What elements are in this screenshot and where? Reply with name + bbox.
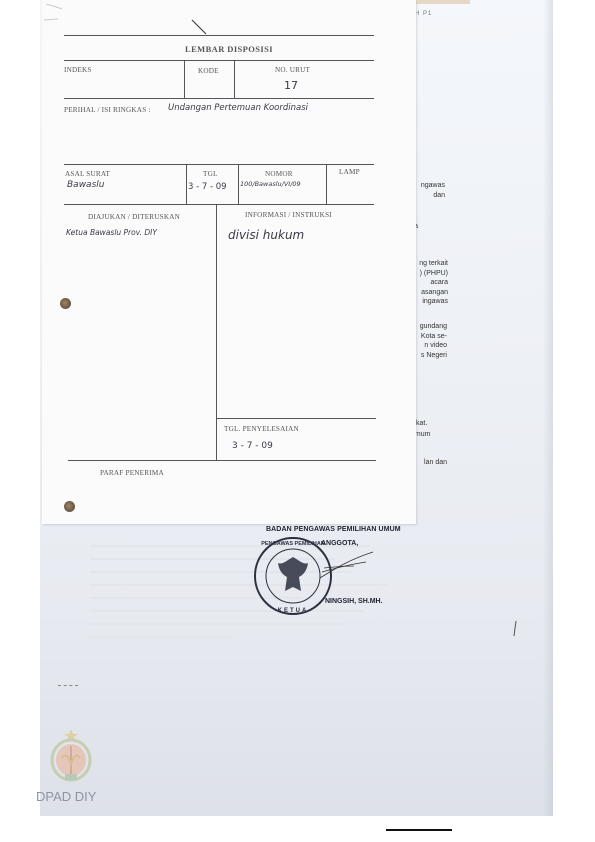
- diajukan-label: DIAJUKAN / DITERUSKAN: [88, 213, 180, 221]
- rule: [64, 35, 374, 36]
- no-urut-label: NO. URUT: [275, 66, 310, 74]
- tgl-penyelesaian-value: 3 - 7 - 09: [232, 441, 273, 451]
- svg-text:KETUA: KETUA: [278, 608, 309, 614]
- punch-hole-icon: [64, 501, 75, 512]
- pen-mark-icon: [190, 18, 210, 36]
- dashed-mark: [58, 685, 78, 686]
- rule: [64, 164, 374, 165]
- bottom-rule: [386, 829, 452, 831]
- nomor-value: 100/Bawaslu/VI/09: [240, 180, 301, 188]
- rule: [326, 164, 327, 204]
- rule: [64, 60, 374, 61]
- signature-agency: BADAN PENGAWAS PEMILIHAN UMUM: [266, 526, 401, 533]
- diajukan-value: Ketua Bawaslu Prov. DIY: [66, 228, 157, 237]
- watermark-text: DPAD DIY: [36, 789, 96, 804]
- nomor-label: NOMOR: [265, 170, 293, 178]
- asal-surat-label: ASAL SURAT: [65, 170, 110, 178]
- disposition-slip: LEMBAR DISPOSISI INDEKS KODE NO. URUT 17…: [42, 0, 416, 524]
- rule: [184, 60, 185, 98]
- rule: [234, 60, 235, 98]
- tgl-penyelesaian-label: TGL. PENYELESAIAN: [224, 425, 299, 433]
- rule: [238, 164, 239, 204]
- tgl-label: TGL: [203, 170, 218, 178]
- punch-hole-icon: [60, 298, 71, 309]
- svg-text:PENGAWAS PEMILIHAN: PENGAWAS PEMILIHAN: [261, 541, 325, 547]
- kode-label: KODE: [198, 67, 219, 75]
- lamp-label: LAMP: [339, 168, 360, 176]
- perihal-value: Undangan Pertemuan Koordinasi: [168, 103, 308, 113]
- fragment-line: kat.: [416, 419, 448, 429]
- rule: [64, 98, 374, 99]
- no-urut-value: 17: [284, 79, 298, 92]
- torn-corner-icon: [42, 0, 72, 26]
- rule: [216, 204, 217, 460]
- rule: [216, 418, 376, 419]
- signature-scribble-icon: [318, 548, 378, 588]
- pen-mark-icon: [512, 620, 518, 638]
- dpad-diy-emblem-icon: [48, 728, 94, 784]
- rule: [68, 460, 376, 461]
- informasi-label: INFORMASI / INSTRUKSI: [245, 211, 332, 219]
- slip-title: LEMBAR DISPOSISI: [42, 44, 416, 54]
- perihal-label: PERIHAL / ISI RINGKAS :: [64, 106, 151, 114]
- paraf-label: PARAF PENERIMA: [100, 469, 164, 477]
- indeks-label: INDEKS: [64, 66, 92, 74]
- page-edge-shadow: [543, 0, 553, 816]
- signer-name: NINGSIH, SH.MH.: [325, 598, 383, 605]
- tgl-value: 3 - 7 - 09: [188, 182, 227, 192]
- rule: [186, 164, 187, 204]
- asal-surat-value: Bawaslu: [67, 180, 104, 190]
- rule: [64, 204, 374, 205]
- informasi-value: divisi hukum: [228, 228, 304, 242]
